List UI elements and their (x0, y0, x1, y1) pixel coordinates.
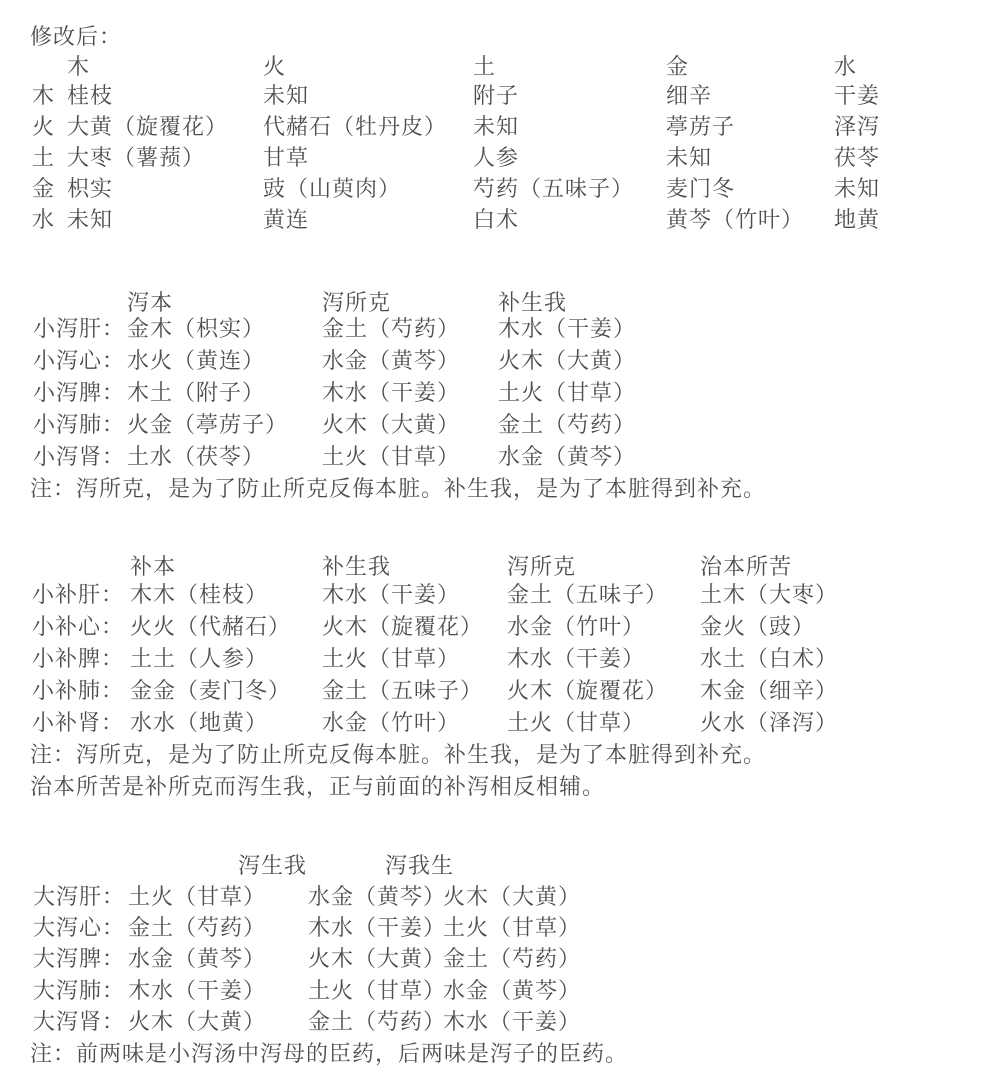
cell: 火木（大黄） (308, 948, 446, 970)
cell: 土火（甘草） (443, 917, 581, 939)
cell: 水金（黄芩） (308, 886, 446, 908)
cell: 火木（大黄） (128, 1011, 266, 1033)
cell: 木水（干姜） (128, 980, 266, 1002)
cell: 土火（甘草） (308, 980, 446, 1002)
cell: 水金（黄芩） (128, 948, 266, 970)
cell: 土火（甘草） (128, 886, 266, 908)
column-header: 泻生我 (238, 855, 307, 877)
row-label: 大泻肝： (33, 886, 125, 908)
da-xie-decoctions-table: 泻生我泻我生大泻肝：土火（甘草）水金（黄芩）火木（大黄）大泻心：金土（芍药）木水… (0, 0, 991, 1076)
row-label: 大泻肺： (33, 980, 125, 1002)
cell: 金土（芍药） (128, 917, 266, 939)
cell: 木水（干姜） (308, 917, 446, 939)
row-label: 大泻脾： (33, 948, 125, 970)
cell: 金土（芍药） (443, 948, 581, 970)
cell: 金土（芍药） (308, 1011, 446, 1033)
cell: 火木（大黄） (443, 886, 581, 908)
da-xie-note: 注：前两味是小泻汤中泻母的臣药，后两味是泻子的臣药。 (30, 1043, 628, 1065)
row-label: 大泻心： (33, 917, 125, 939)
document-page: 修改后： 木火土金水木桂枝未知附子细辛干姜火大黄（旋覆花）代赭石（牡丹皮）未知葶… (0, 0, 991, 1076)
column-header: 泻我生 (385, 855, 454, 877)
cell: 水金（黄芩） (443, 980, 581, 1002)
row-label: 大泻肾： (33, 1011, 125, 1033)
cell: 木水（干姜） (443, 1011, 581, 1033)
